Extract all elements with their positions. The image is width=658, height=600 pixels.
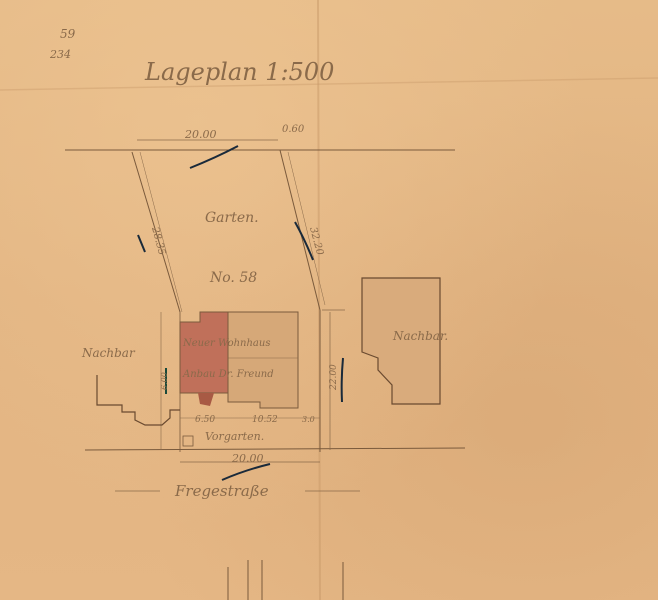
rear-offset-label: 0.60 <box>282 124 305 135</box>
street-name-label: Fregestraße <box>174 482 269 500</box>
front-depth-label: 22.00 <box>329 364 339 391</box>
page-mark: 234 <box>49 48 71 61</box>
marker-stroke <box>342 358 343 402</box>
plan-title: Lageplan 1:500 <box>144 58 334 86</box>
neighbor-left-label: Nachbar <box>81 346 136 360</box>
building-label-line2: Anbau Dr. Freund <box>182 369 274 380</box>
gate-marker <box>183 436 193 446</box>
garden-label: Garten. <box>205 210 259 226</box>
front-garden-label: Vorgarten. <box>205 430 264 443</box>
front-width-label: 20.00 <box>231 452 264 465</box>
marker-stroke <box>190 146 238 168</box>
segment-b-label: 10.52 <box>252 415 278 425</box>
neighbor-right-label: Nachbar. <box>392 329 448 343</box>
extension-entrance <box>198 393 214 406</box>
left-side-label: 28.35 <box>149 225 167 256</box>
building-label-line1: Neuer Wohnhaus <box>182 338 270 349</box>
paper-fold-line <box>318 0 320 600</box>
rear-width-label: 20.00 <box>184 128 217 141</box>
marker-stroke <box>222 464 270 480</box>
site-plan-sheet: Lageplan 1:500 59 234 20.00 0.60 Garten.… <box>0 0 658 600</box>
street-line <box>85 448 465 450</box>
plot-number: No. 58 <box>209 270 257 286</box>
marker-stroke <box>138 235 145 252</box>
existing-house <box>228 312 298 408</box>
site-plan-drawing: Lageplan 1:500 59 234 20.00 0.60 Garten.… <box>0 0 658 600</box>
left-small-label: 6.00 <box>160 372 169 390</box>
page-mark: 59 <box>60 27 76 41</box>
segment-a-label: 6.50 <box>195 415 215 425</box>
segment-c-label: 3.0 <box>302 415 315 424</box>
new-extension <box>180 312 228 393</box>
